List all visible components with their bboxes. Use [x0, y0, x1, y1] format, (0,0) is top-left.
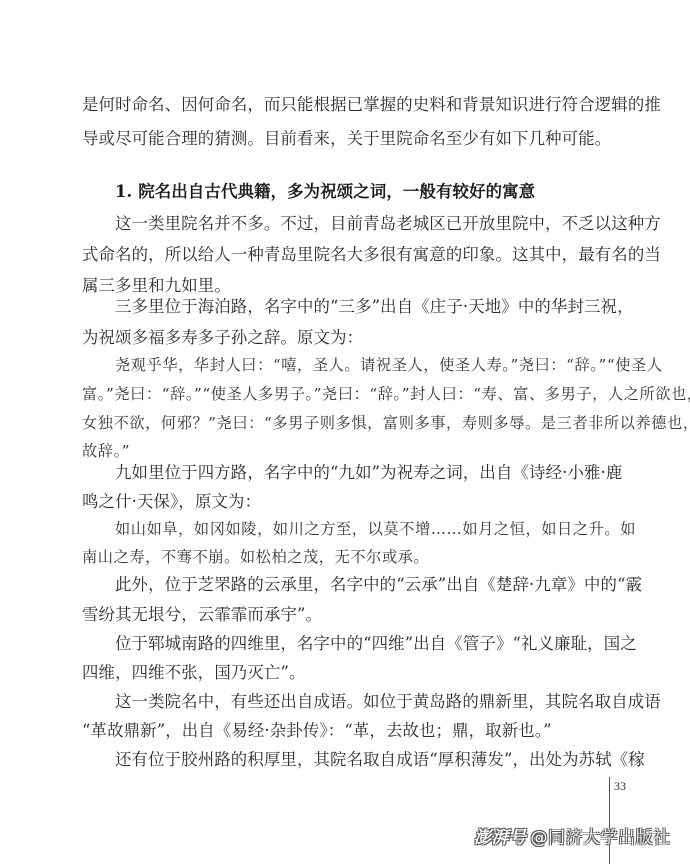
body-line: 三多里位于海泊路，名字中的“三多”出自《庄子·天地》中的华封三祝， [115, 297, 612, 317]
quote-line: 南山之寿，不骞不崩。如松柏之茂，无不尔或承。 [82, 547, 612, 567]
quote-line: 女独不欲，何邪？”尧曰：“多男子则多惧，富则多事，寿则多辱。是三者非所以养德也， [82, 413, 612, 433]
body-line: “革故鼎新”，出自《易经·杂卦传》：“革，去故也；鼎，取新也。” [82, 721, 612, 741]
body-line: 为祝颂多福多寿多子孙之辞。原文为： [82, 328, 612, 348]
watermark-text: @同济大学出版社 [531, 828, 671, 848]
quote-line: 尧观乎华，华封人曰：“嘻，圣人。请祝圣人，使圣人寿。”尧曰：“辞。”“使圣人 [115, 355, 612, 375]
body-line: 属三多里和九如里。 [82, 276, 612, 296]
quote-line: 如山如阜，如冈如陵，如川之方至，以莫不增……如月之恒，如日之升。如 [115, 519, 612, 539]
section-heading: 1. 院名出自古代典籍，多为祝颂之词，一般有较好的寓意 [115, 182, 612, 202]
watermark: 澎湃号@同济大学出版社 [474, 823, 671, 848]
body-line: 是何时命名、因何命名，而只能根据已掌握的史料和背景知识进行符合逻辑的推 [82, 95, 612, 115]
body-line: 雪纷其无垠兮，云霏霏而承宇”。 [82, 605, 612, 625]
body-line: 这一类里院名并不多。不过，目前青岛老城区已开放里院中，不乏以这种方 [115, 214, 612, 234]
body-line: 这一类院名中，有些还出自成语。如位于黄岛路的鼎新里，其院名取自成语 [115, 692, 612, 712]
body-line: 还有位于胶州路的积厚里，其院名取自成语“厚积薄发”，出处为苏轼《稼 [115, 750, 612, 770]
body-line: 此外，位于芝罘路的云承里，名字中的“云承”出自《楚辞·九章》中的“霰 [115, 575, 612, 595]
body-line: 导或尽可能合理的猜测。目前看来，关于里院命名至少有如下几种可能。 [82, 129, 612, 149]
body-line: 九如里位于四方路，名字中的“九如”为祝寿之词，出自《诗经·小雅·鹿 [115, 463, 612, 483]
book-page: 是何时命名、因何命名，而只能根据已掌握的史料和背景知识进行符合逻辑的推 导或尽可… [0, 0, 690, 864]
body-line: 式命名的，所以给人一种青岛里院名大多很有寓意的印象。这其中，最有名的当 [82, 245, 612, 265]
quote-line: 富。”尧曰：“辞。”“使圣人多男子。”尧曰：“辞。”封人曰：“寿、富、多男子，人… [82, 384, 612, 404]
page-margin-rule [609, 777, 610, 864]
quote-line: 故辞。” [82, 441, 612, 461]
watermark-brand: 澎湃号 [474, 828, 527, 848]
body-line: 四维，四维不张，国乃灭亡”。 [82, 663, 612, 683]
body-line: 位于郓城南路的四维里，名字中的“四维”出自《管子》“礼义廉耻，国之 [115, 634, 612, 654]
body-line: 鸣之什·天保》，原文为： [82, 492, 612, 512]
page-number: 33 [614, 779, 626, 794]
